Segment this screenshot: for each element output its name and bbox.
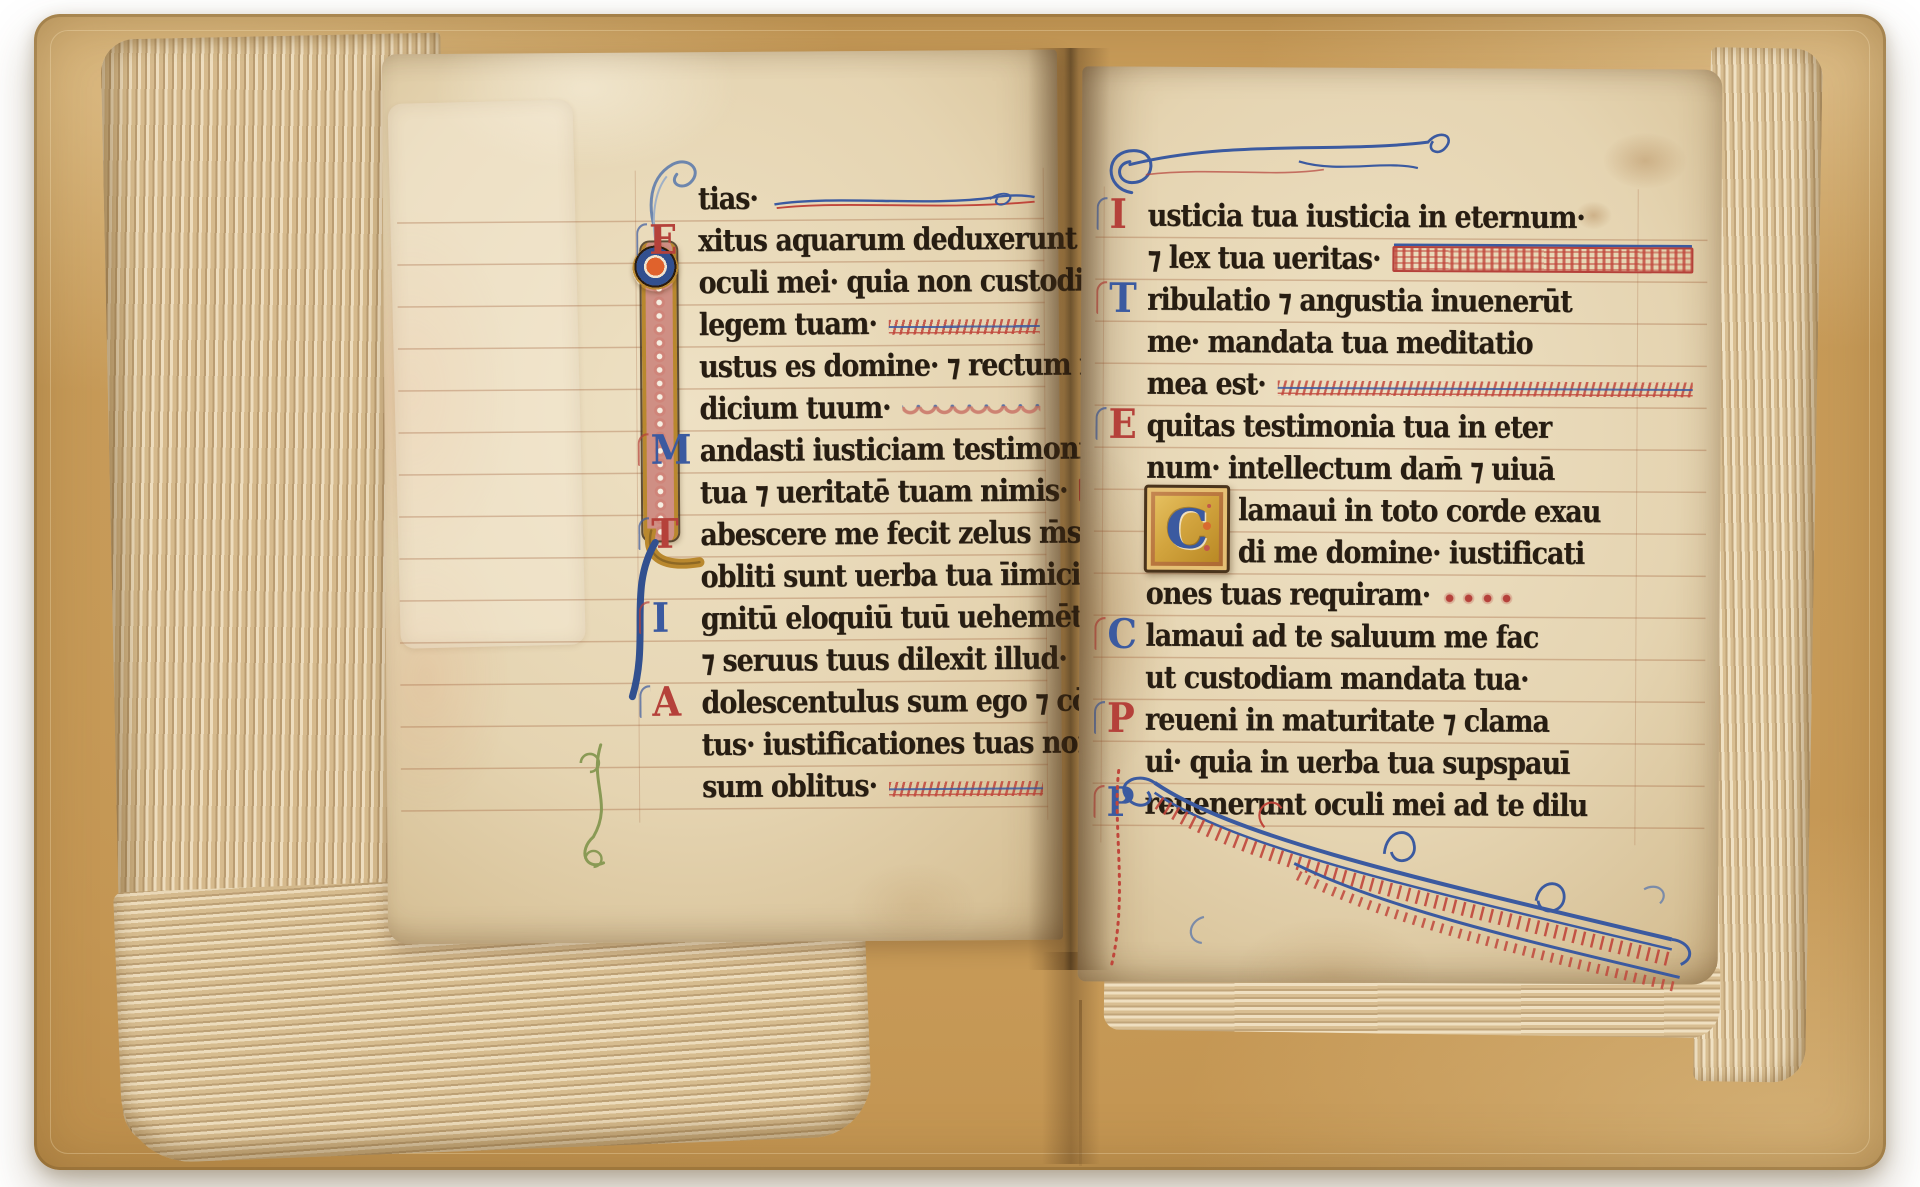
cover-crease [1079,1000,1082,1166]
text-line: ⁊ seruus tuus dilexit illud· [644,640,1048,685]
verse-text: andasti iusticiam testimonia [700,431,1105,469]
line-filler-feather [1278,380,1693,397]
text-line: oculi mei· quia non custodierūt [641,262,1045,307]
text-line: Tribulatio ⁊ angustia inuenerūt [1107,280,1699,325]
miniature-initial-C: C [1144,485,1230,573]
verse-text: lamaui in toto corde exau [1238,493,1600,530]
text-line: Preueni in maturitate ⁊ clama [1105,700,1697,745]
verse-text: ribulatio ⁊ angustia inuenerūt [1147,282,1572,320]
text-line: Iusticia tua iusticia in eternum· [1107,196,1699,241]
text-line: sum oblitus· [645,766,1049,811]
text-line: ⁊ lex tua ueritas· [1107,238,1699,283]
text-line: tus· iustificationes tuas non [645,724,1049,769]
verse-text: ustus es domine· ⁊ rectum iu [699,347,1107,385]
pen-flourish-green [555,741,636,882]
verse-initial-I: I [652,598,670,639]
line-filler-swash [770,188,1039,214]
text-line: Tabescere me fecit zelus m̄s· quia [643,514,1047,559]
text-line: Mandasti iusticiam testimonia [643,430,1047,475]
text-line: tua ⁊ ueritatē tuam nimis· [643,472,1047,517]
line-filler-feather [889,781,1043,797]
verse-text: gnitū eloquiū tuū uehemēter· [701,599,1121,637]
verse-text: quitas testimonia tua in eter [1146,408,1551,445]
verse-initial-T: T [651,514,679,555]
verse-text: obliti sunt uerba tua īimici mei [700,557,1141,595]
verse-text: oculi mei· quia non custodierūt [698,263,1143,301]
text-line: mea est· [1107,364,1699,409]
verse-text: ⁊ lex tua ueritas· [1147,240,1380,277]
text-line: tias· [641,178,1045,223]
verse-text: reueni in maturitate ⁊ clama [1145,702,1549,739]
line-filler-checker [1392,246,1693,274]
verse-text: tua ⁊ ueritatē tuam nimis· [700,473,1068,511]
verse-text: me· mandata tua meditatio [1147,324,1533,361]
verse-text: di me domine· iustificati [1238,535,1585,572]
verse-text: reuenerunt oculi mei ad te dilu [1144,786,1587,824]
text-line: ut custodiam mandata tua· [1105,658,1697,703]
verse-text: xitus aquarum deduxerunt [698,221,1076,259]
verse-text: ut custodiam mandata tua· [1145,660,1528,697]
page-left: tias·Exitus aquarum deduxeruntoculi mei·… [382,50,1063,945]
verse-text: mea est· [1147,366,1266,402]
text-line: Exitus aquarum deduxerunt [641,220,1045,265]
text-line: Adolescentulus sum ego ⁊ cōtēp [644,682,1048,727]
line-filler-scallop [903,404,1041,419]
verse-text: tus· iustificationes tuas non [702,725,1097,763]
verse-initial-M: M [651,430,692,471]
verse-initial-C: C [1107,614,1137,655]
text-line: legem tuam· [642,304,1046,349]
line-filler-feather [889,319,1040,335]
text-line: me· mandata tua meditatio [1107,322,1699,367]
text-line: ui· quia in uerba tua supspauī [1105,742,1697,787]
line-filler-stars [1442,590,1518,606]
verse-initial-I: I [1110,194,1128,235]
verse-text: lamaui ad te saluum me fac [1145,618,1538,655]
verse-text: dolescentulus sum ego ⁊ cōtēp [701,683,1134,721]
verse-text: legem tuam· [699,307,877,344]
text-line: ustus es domine· ⁊ rectum iu [642,346,1046,391]
text-line: Ignitū eloquiū tuū uehemēter· [644,598,1048,643]
text-line: Preuenerunt oculi mei ad te dilu [1104,784,1696,829]
verse-initial-A: A [652,682,681,723]
verse-initial-E: E [649,220,677,261]
miniature-initial-letter: C [1165,502,1208,556]
text-line: obliti sunt uerba tua īimici mei [643,556,1047,601]
verse-text: usticia tua iusticia in eternum· [1148,198,1585,236]
text-line: Clamaui ad te saluum me fac [1105,616,1697,661]
verse-text: tias· [698,181,758,217]
verse-text: sum oblitus· [702,769,877,806]
text-line: dicium tuum· [642,388,1046,433]
verse-initial-P: P [1107,698,1135,739]
verse-text: ones tuas requiram· [1146,576,1431,613]
text-line: ones tuas requiram· [1106,574,1698,619]
verse-text: dicium tuum· [699,390,890,427]
verse-text: ui· quia in uerba tua supspauī [1145,744,1570,782]
verse-text: num· intellectum dam̄ ⁊ uiuā [1146,450,1554,487]
vellum-repair-patch [388,99,586,648]
verse-text: ⁊ seruus tuus dilexit illud· [701,641,1067,679]
text-line: Equitas testimonia tua in eter [1106,406,1698,451]
verse-initial-P: P [1106,782,1134,823]
verse-initial-E: E [1108,404,1136,445]
left-text-column: tias·Exitus aquarum deduxeruntoculi mei·… [641,178,1049,811]
page-right: Iusticia tua iusticia in eternum·⁊ lex t… [1078,66,1723,984]
manuscript-photo: tias·Exitus aquarum deduxeruntoculi mei·… [0,0,1920,1187]
verse-initial-T: T [1109,278,1137,319]
